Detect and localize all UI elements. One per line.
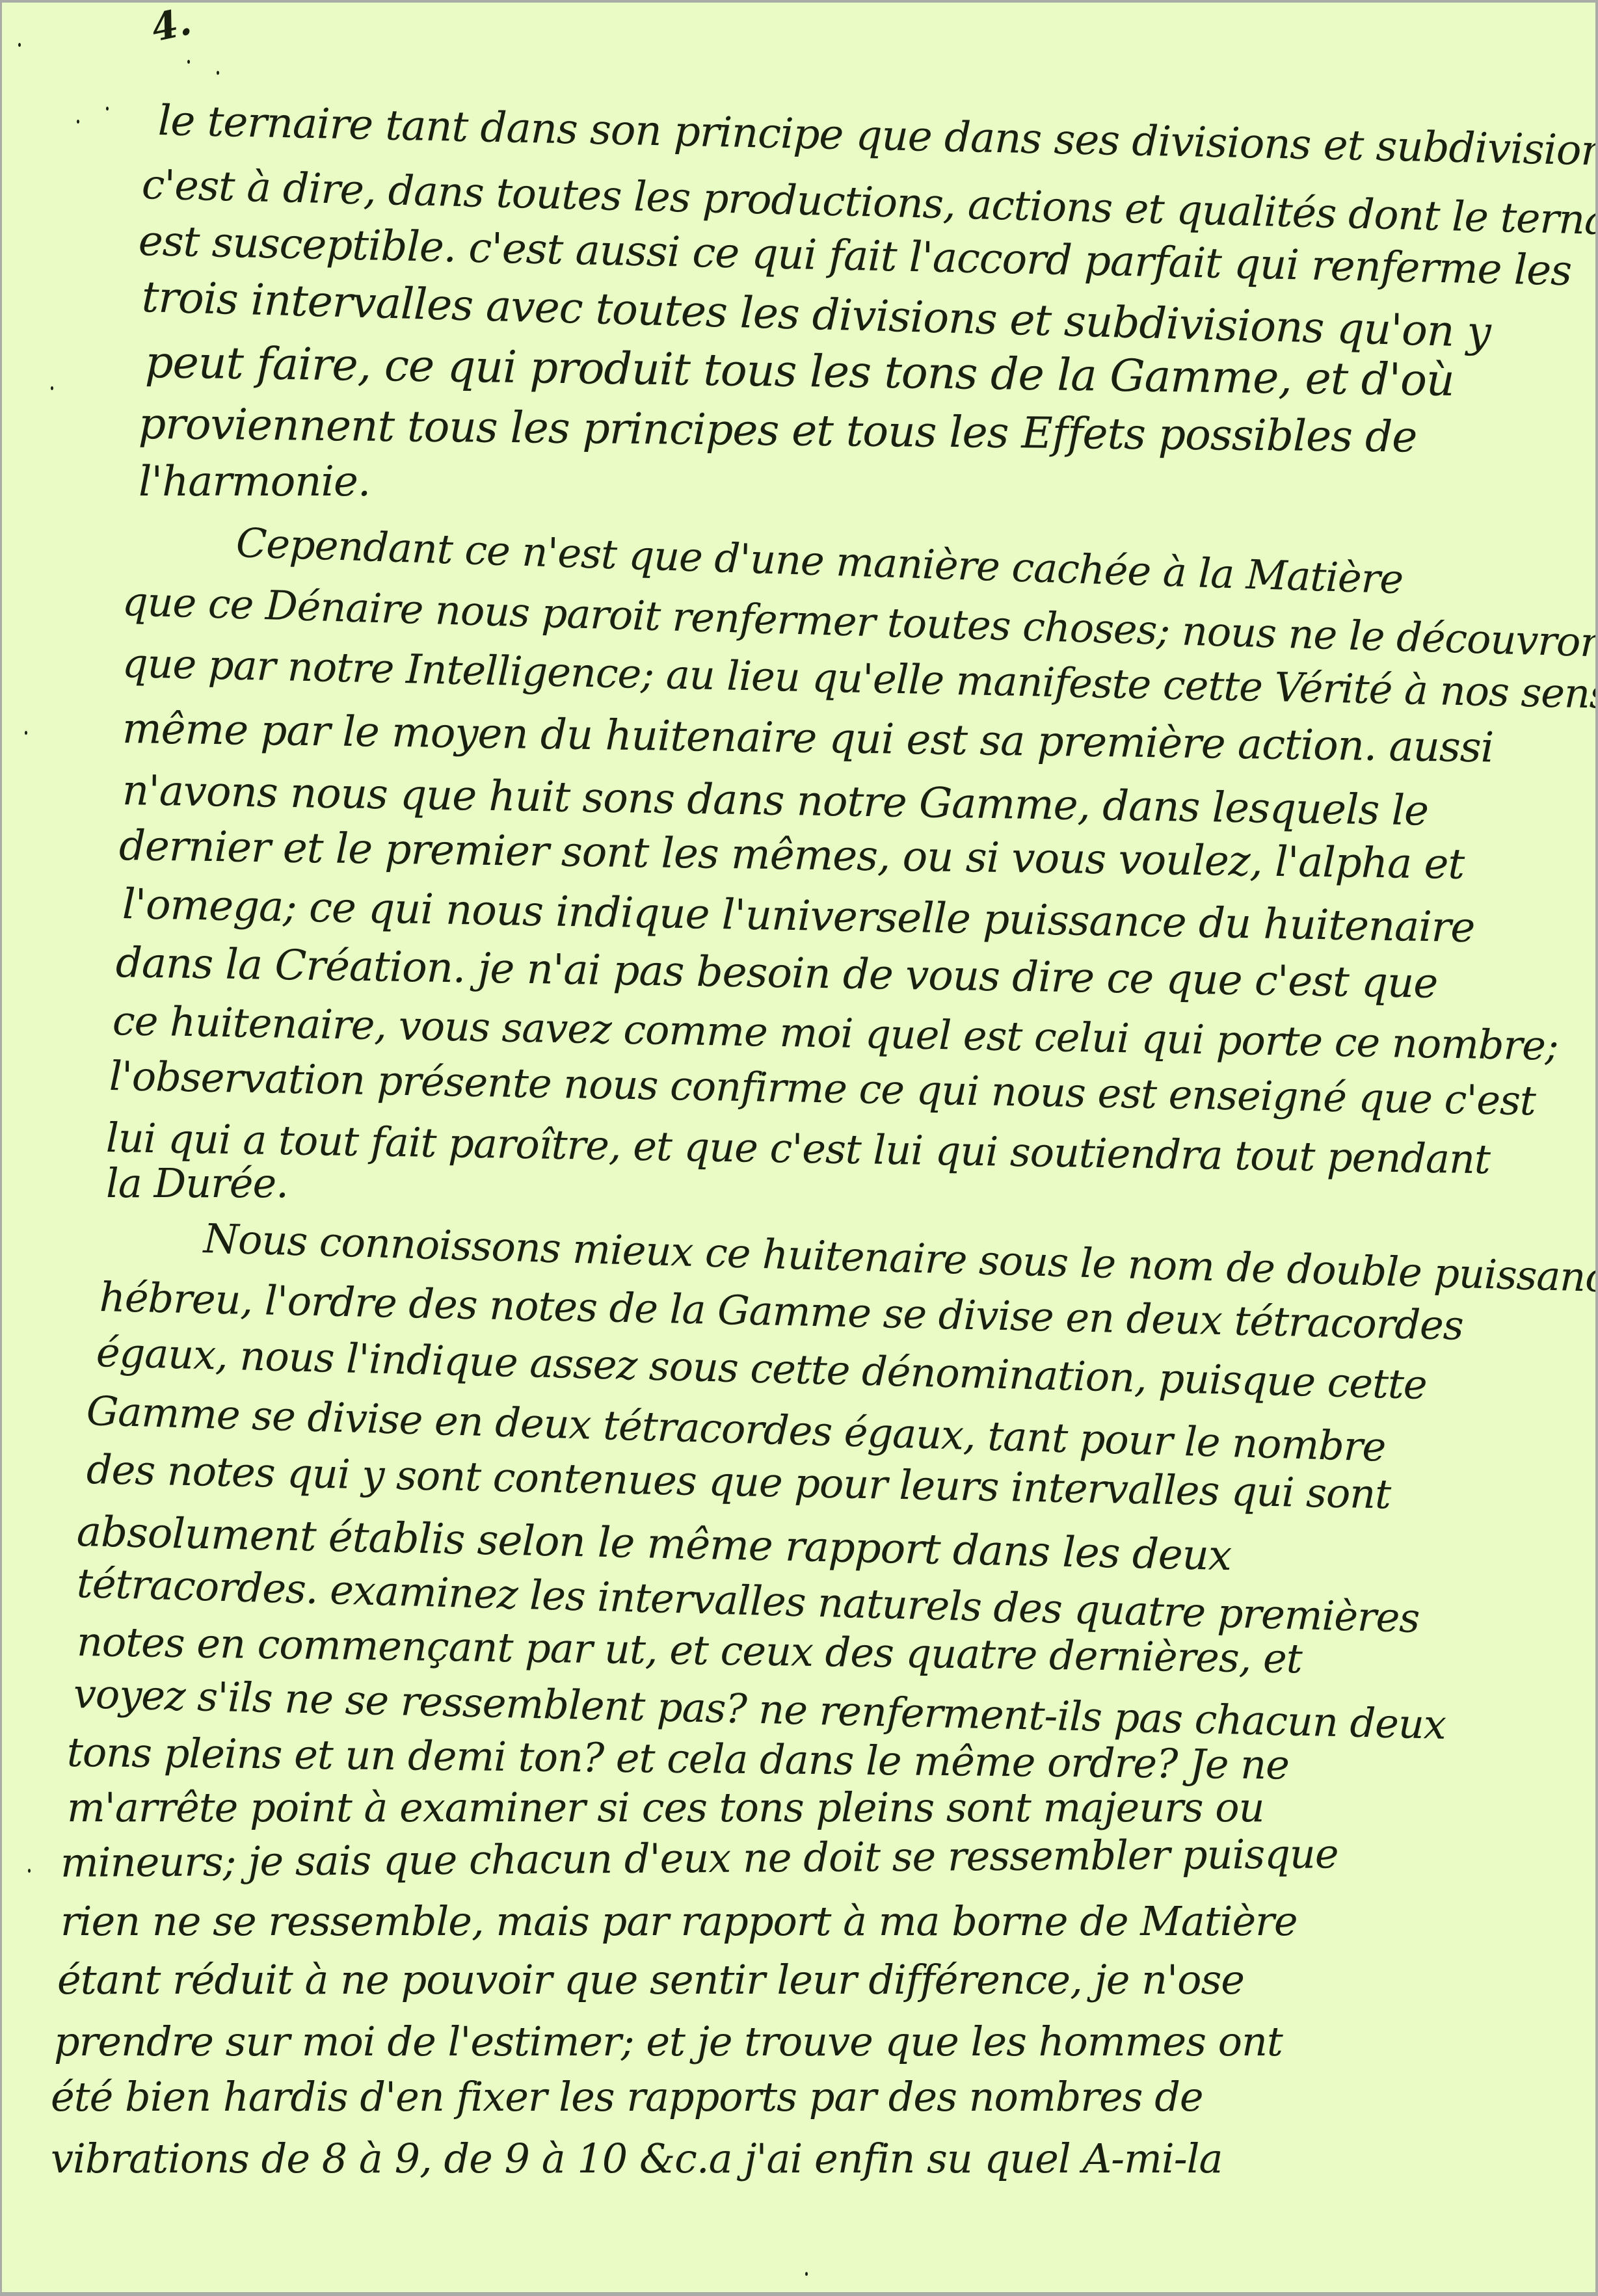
text-line: lui qui a tout fait paroître, et que c'e… xyxy=(106,1118,1491,1180)
text-line: le ternaire tant dans son principe que d… xyxy=(157,100,1598,173)
text-line: l'observation présente nous confirme ce … xyxy=(109,1056,1536,1121)
manuscript-page: 4. le ternaire tant dans son principe qu… xyxy=(0,0,1598,2296)
ink-speck xyxy=(217,71,219,75)
text-line: tons pleins et un demi ton? et cela dans… xyxy=(67,1732,1289,1786)
page-number: 4. xyxy=(148,0,195,51)
ink-speck xyxy=(805,2272,808,2276)
ink-speck xyxy=(187,60,190,64)
text-line: été bien hardis d'en fixer les rapports … xyxy=(51,2077,1203,2117)
ink-speck xyxy=(106,107,109,111)
text-line: vibrations de 8 à 9, de 9 à 10 &c.a j'ai… xyxy=(51,2139,1222,2179)
ink-speck xyxy=(25,731,27,735)
text-line: dans la Création. je n'ai pas besoin de … xyxy=(115,942,1437,1005)
text-line: la Durée. xyxy=(106,1163,288,1204)
text-line: étant réduit à ne pouvoir que sentir leu… xyxy=(57,1960,1244,2000)
text-line: dernier et le premier sont les mêmes, ou… xyxy=(119,825,1465,886)
ink-speck xyxy=(28,1869,31,1873)
text-line: m'arrête point à examiner si ces tons pl… xyxy=(67,1788,1264,1828)
text-line: n'avons nous que huit sons dans notre Ga… xyxy=(122,770,1428,832)
text-line: mineurs; je sais que chacun d'eux ne doi… xyxy=(60,1834,1338,1883)
text-line: prendre sur moi de l'estimer; et je trou… xyxy=(54,2022,1283,2062)
text-line: l'omega; ce qui nous indique l'universel… xyxy=(122,884,1474,949)
ink-speck xyxy=(51,386,53,390)
text-line: rien ne se ressemble, mais par rapport à… xyxy=(60,1901,1298,1942)
ink-speck xyxy=(18,43,21,47)
ink-speck xyxy=(77,120,79,124)
text-line: l'harmonie. xyxy=(139,461,370,503)
text-line: même par le moyen du huitenaire qui est … xyxy=(122,708,1494,769)
text-line: proviennent tous les principes et tous l… xyxy=(139,402,1417,459)
